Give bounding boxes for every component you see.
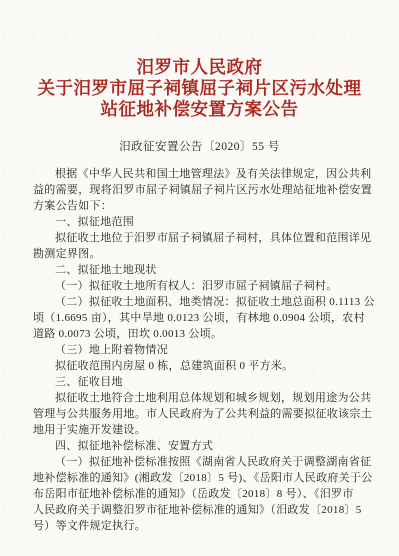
- document-title-line-1: 汨罗市人民政府: [0, 57, 399, 78]
- body-line: 人民政府关于调整汨罗市征地补偿标准的通知》（汨政发〔2018〕5: [33, 502, 373, 518]
- section-heading-1: 一、拟征地范围: [33, 214, 373, 230]
- body-line: （三）地上附着物情况: [33, 342, 373, 358]
- body-line: 根据《中华人民共和国土地管理法》及有关法律规定，因公共利: [33, 166, 373, 182]
- body-line: 地用于实施开发建设。: [33, 422, 373, 438]
- body-line: （一）拟征收土地所有权人：汨罗市屈子祠镇屈子祠村。: [33, 278, 373, 294]
- body-line: 布岳阳市征地补偿标准的通知》（岳政发〔2018〕8 号）、《汨罗市: [33, 486, 373, 502]
- document-title: 汨罗市人民政府 关于汨罗市屈子祠镇屈子祠片区污水处理 站征地补偿安置方案公告: [0, 0, 399, 120]
- section-heading-3: 三、征收目地: [33, 374, 373, 390]
- body-line: 勘测定界图。: [33, 246, 373, 262]
- section-heading-4: 四、拟征地补偿标准、安置方式: [33, 438, 373, 454]
- body-line: 拟征收土地符合土地利用总体规划和城乡规划，规划用途为公共: [33, 390, 373, 406]
- body-line: 拟征收土地位于汨罗市屈子祠镇屈子祠村，具体位置和范围详见: [33, 230, 373, 246]
- document-title-line-2: 关于汨罗市屈子祠镇屈子祠片区污水处理: [0, 78, 399, 99]
- document-number: 汨政征安置公告〔2020〕55 号: [0, 139, 399, 155]
- body-line: 益的需要，现将汨罗市屈子祠镇屈子祠片区污水处理站征地补偿安置: [33, 182, 373, 198]
- section-heading-2: 二、拟征地土地现状: [33, 262, 373, 278]
- body-line: 号）等文件规定执行。: [33, 518, 373, 534]
- document-title-line-3: 站征地补偿安置方案公告: [0, 99, 399, 120]
- document-body: 根据《中华人民共和国土地管理法》及有关法律规定，因公共利 益的需要，现将汨罗市屈…: [0, 166, 399, 534]
- body-line: 管理与公共服务用地。市人民政府为了公共利益的需要拟征收该宗土: [33, 406, 373, 422]
- body-line: 顷（1.6695 亩），其中旱地 0.0123 公顷，有林地 0.0904 公顷…: [33, 310, 373, 326]
- body-line: 拟征收范围内房屋 0 栋，总建筑面积 0 平方米。: [33, 358, 373, 374]
- announcement-document: 汨罗市人民政府 关于汨罗市屈子祠镇屈子祠片区污水处理 站征地补偿安置方案公告 汨…: [0, 0, 399, 556]
- body-line: 方案公告如下：: [33, 198, 373, 214]
- body-line: （一）拟征地补偿标准按照《湖南省人民政府关于调整湖南省征: [33, 454, 373, 470]
- body-line: 地补偿标准的通知》(湘政发〔2018〕5 号)、《岳阳市人民政府关于公: [33, 470, 373, 486]
- body-line: （二）拟征收土地面积、地类情况：拟征收土地总面积 0.1113 公: [33, 294, 373, 310]
- body-line: 道路 0.0073 公顷，田坎 0.0013 公顷。: [33, 326, 373, 342]
